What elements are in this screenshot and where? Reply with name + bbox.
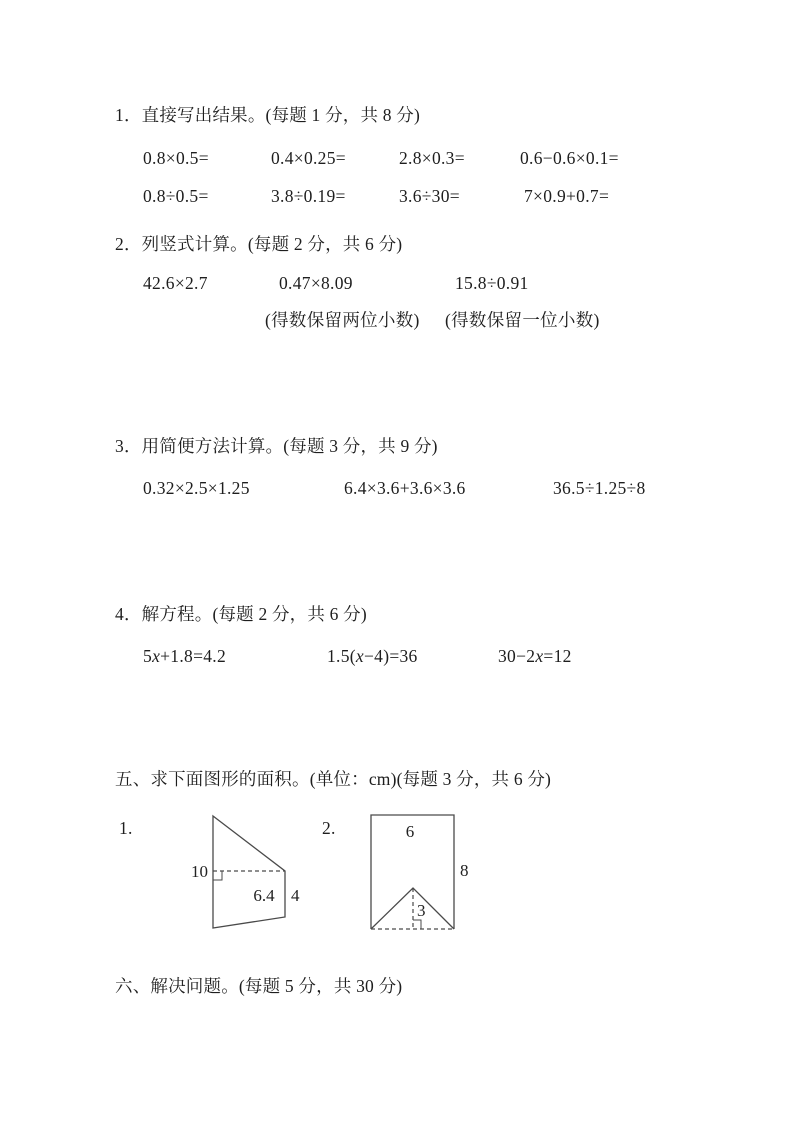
equation-var: x: [356, 646, 364, 666]
problem-item: 3.6÷30=: [399, 185, 460, 207]
section-1-heading: 1．直接写出结果。(每题 1 分，共 8 分): [115, 104, 420, 126]
equation-item: 5x+1.8=4.2: [143, 645, 226, 667]
section-6-heading: 六、解决问题。(每题 5 分，共 30 分): [115, 975, 402, 997]
problem-item: 42.6×2.7: [143, 272, 208, 294]
problem-item: 15.8÷0.91: [455, 272, 529, 294]
equation-post: −4)=36: [364, 646, 418, 666]
figure-2-dim-8: 8: [460, 861, 469, 880]
problem-item: 0.8×0.5=: [143, 147, 209, 169]
problem-item: 0.4×0.25=: [271, 147, 346, 169]
figure-1-dim-10: 10: [191, 862, 208, 881]
worksheet-page: 1．直接写出结果。(每题 1 分，共 8 分) 0.8×0.5= 0.4×0.2…: [0, 0, 793, 1122]
rounding-note: (得数保留两位小数): [265, 309, 420, 331]
equation-var: x: [152, 646, 160, 666]
figure-1: 10 6.4 4: [180, 806, 315, 938]
equation-item: 1.5(x−4)=36: [327, 645, 418, 667]
figure-2-number: 2.: [322, 817, 336, 839]
rounding-note: (得数保留一位小数): [445, 309, 600, 331]
section-5-heading: 五、求下面图形的面积。(单位：cm)(每题 3 分，共 6 分): [115, 768, 551, 790]
figure-2-right-angle-mark: [413, 920, 421, 929]
figure-1-right-angle-mark: [213, 871, 222, 880]
equation-post: =12: [543, 646, 571, 666]
figure-2-dim-6: 6: [406, 822, 415, 841]
figure-2: 6 8 3: [363, 806, 483, 938]
figure-1-dim-6-4: 6.4: [253, 886, 275, 905]
problem-item: 2.8×0.3=: [399, 147, 465, 169]
figure-1-shape: [213, 816, 285, 928]
problem-item: 0.47×8.09: [279, 272, 353, 294]
problem-item: 0.8÷0.5=: [143, 185, 209, 207]
equation-pre: 1.5(: [327, 646, 356, 666]
equation-post: +1.8=4.2: [160, 646, 226, 666]
problem-item: 0.6−0.6×0.1=: [520, 147, 619, 169]
section-4-heading: 4．解方程。(每题 2 分，共 6 分): [115, 603, 367, 625]
equation-item: 30−2x=12: [498, 645, 572, 667]
problem-item: 7×0.9+0.7=: [524, 185, 609, 207]
problem-item: 0.32×2.5×1.25: [143, 477, 250, 499]
section-3-heading: 3．用简便方法计算。(每题 3 分，共 9 分): [115, 435, 438, 457]
figure-1-dim-4: 4: [291, 886, 300, 905]
problem-item: 36.5÷1.25÷8: [553, 477, 646, 499]
equation-pre: 30−2: [498, 646, 535, 666]
problem-item: 3.8÷0.19=: [271, 185, 346, 207]
section-2-heading: 2．列竖式计算。(每题 2 分，共 6 分): [115, 233, 402, 255]
figure-1-number: 1.: [119, 817, 133, 839]
equation-pre: 5: [143, 646, 152, 666]
problem-item: 6.4×3.6+3.6×3.6: [344, 477, 466, 499]
figure-2-dim-3: 3: [417, 901, 426, 920]
figure-2-triangle: [371, 888, 454, 929]
